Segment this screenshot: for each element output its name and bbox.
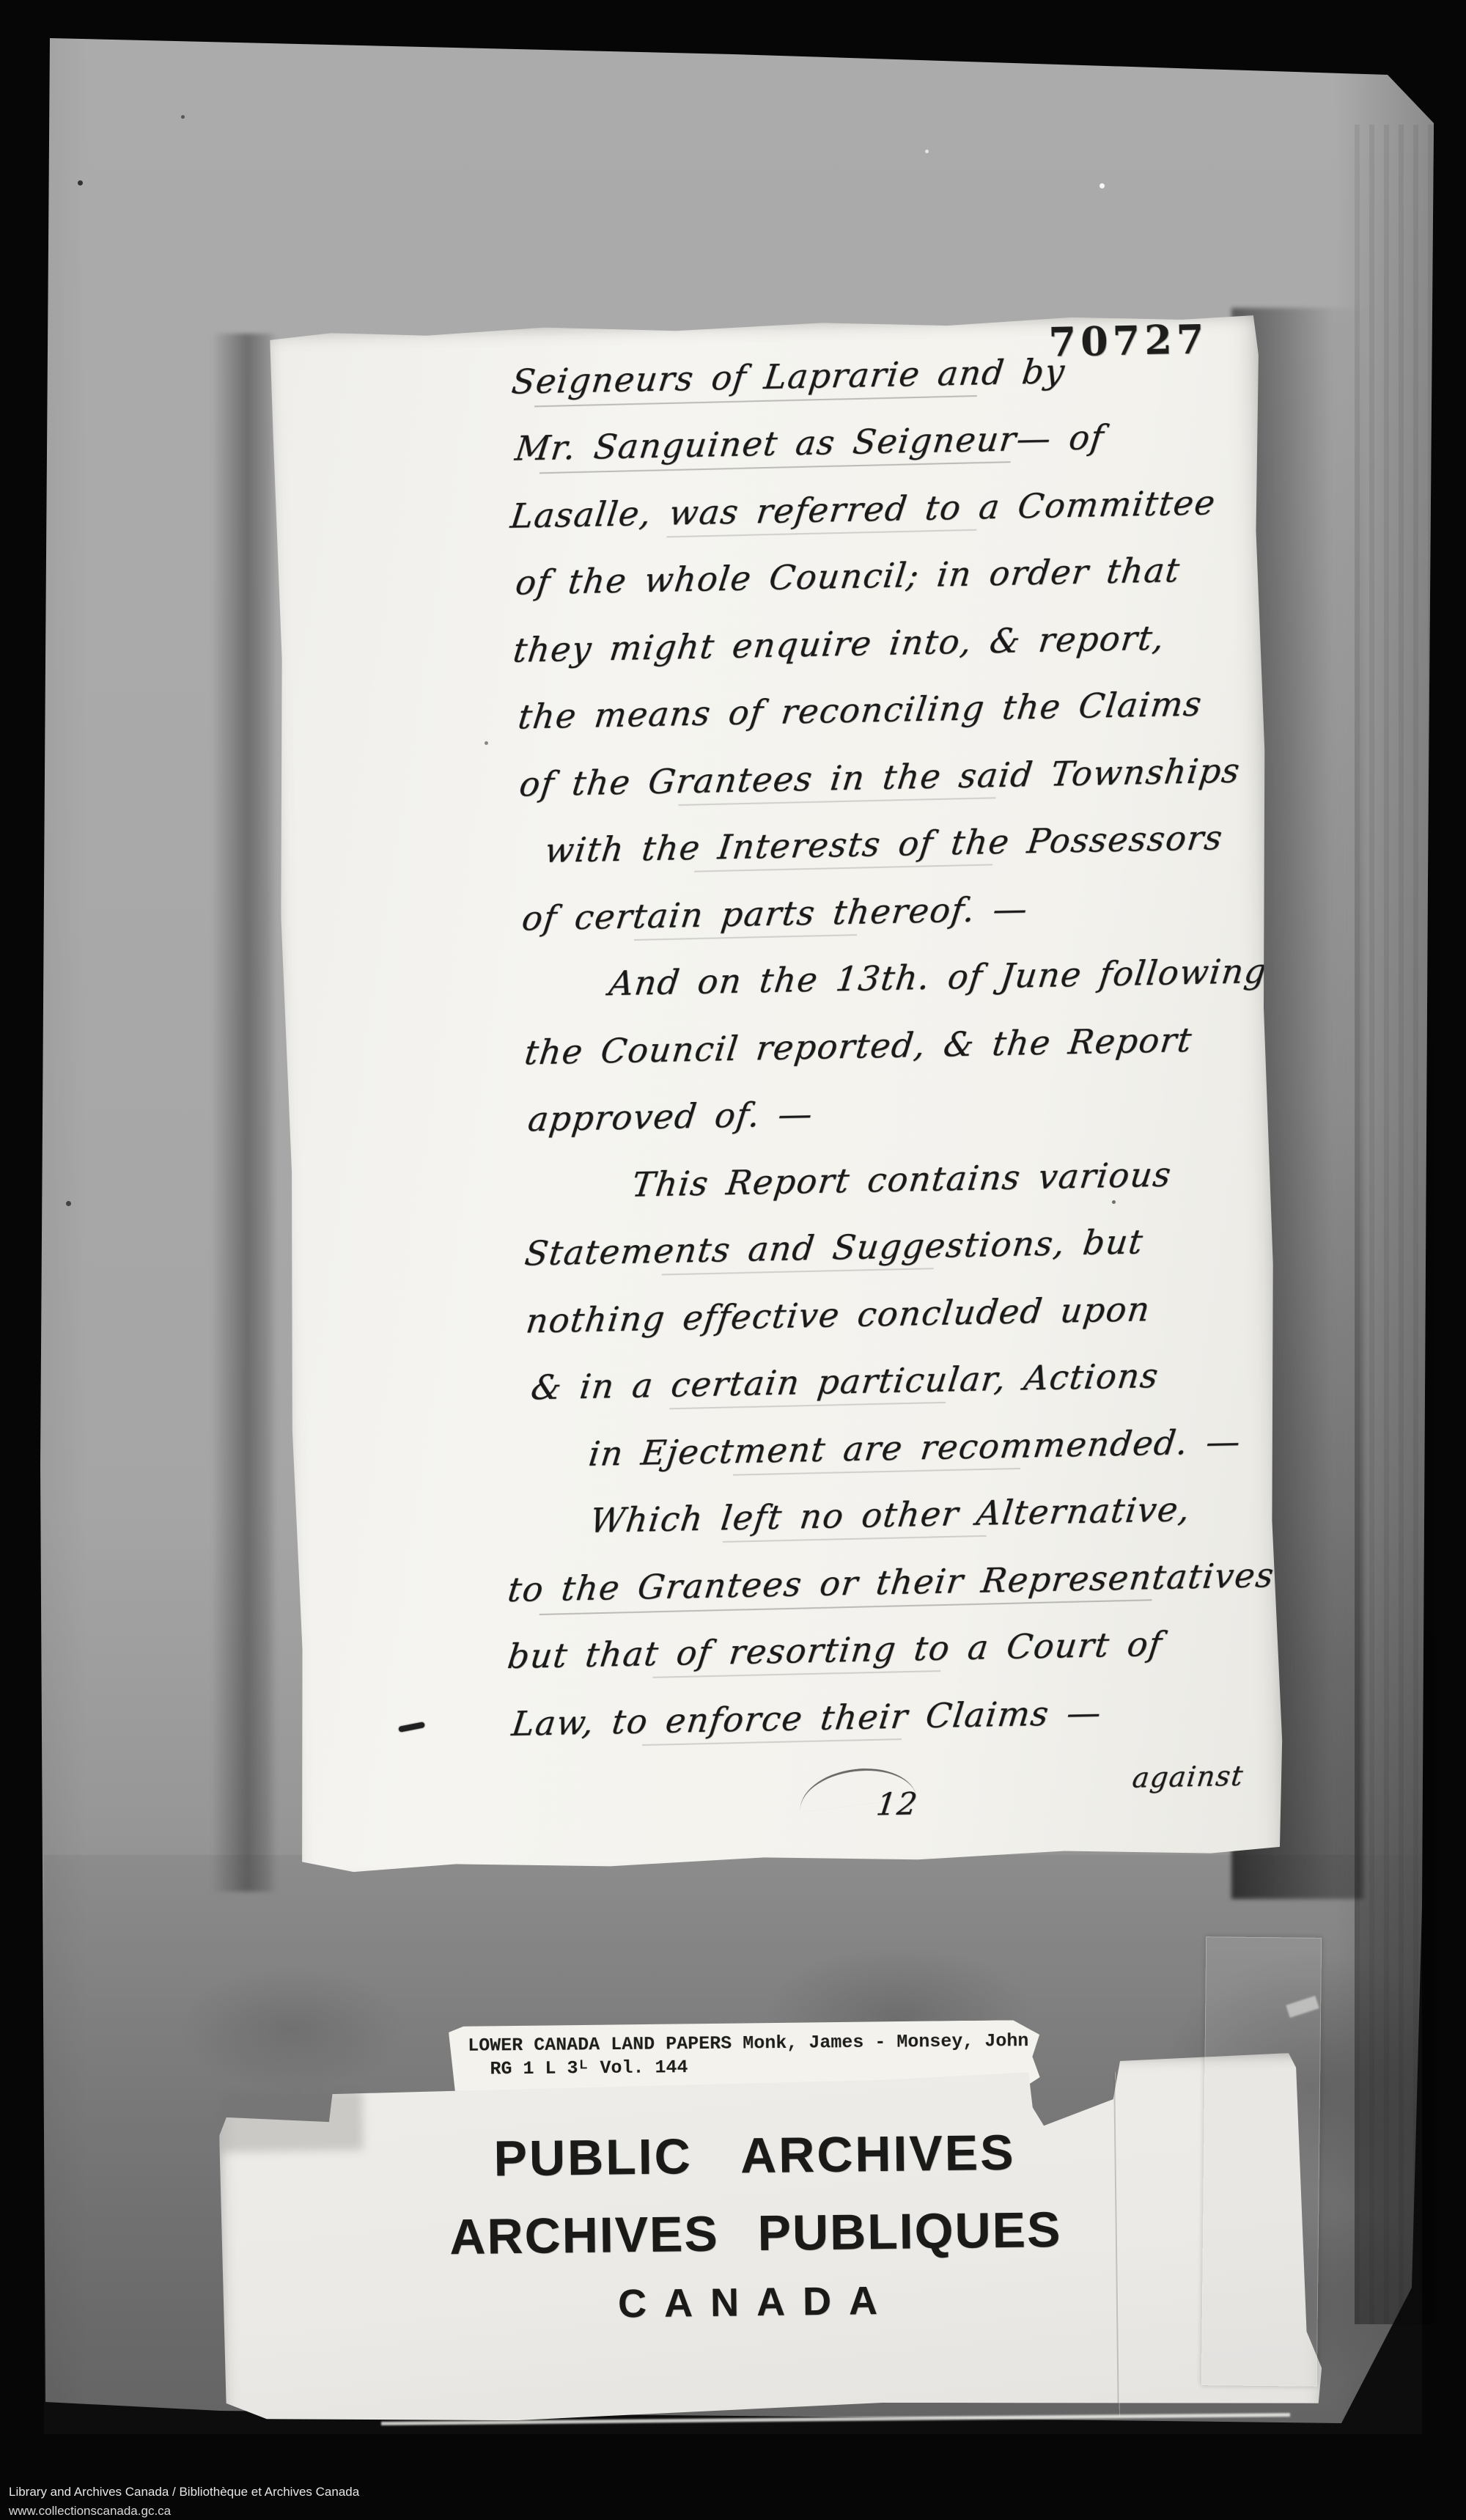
footer-credit-block: Library and Archives Canada / Bibliothèq… xyxy=(9,2483,359,2520)
footer-url: www.collectionscanada.gc.ca xyxy=(9,2502,359,2520)
label-series-title: LOWER CANADA LAND PAPERS Monk, James - M… xyxy=(468,2030,1028,2057)
label-reference-code: RG 1 L 3ᴸ Vol. 144 xyxy=(490,2057,688,2080)
handwriting-line: of the whole Council; in order that xyxy=(515,548,1180,603)
handwriting-line: Statements and Suggestions, but xyxy=(525,1220,1144,1274)
handwriting-line: of the Grantees in the said Townships xyxy=(519,749,1240,806)
handwriting-line: Lasalle, was referred to a Committee xyxy=(510,481,1216,537)
handwriting-line: And on the 13th. of June following xyxy=(609,949,1268,1004)
handwriting-line: nothing effective concluded upon xyxy=(526,1287,1150,1342)
archives-stamp-line-canada: CANADA xyxy=(221,2273,1322,2332)
handwriting-line: Law, to enforce their Claims — xyxy=(512,1691,1102,1744)
handwriting-line: the Council reported, & the Report xyxy=(524,1018,1193,1073)
paper-corner-shadow xyxy=(219,2090,363,2152)
page-number: 12 xyxy=(876,1782,918,1826)
archives-stamp-paper: PUBLIC ARCHIVES ARCHIVES PUBLIQUES CANAD… xyxy=(218,2053,1322,2433)
handwriting-line: of certain parts thereof. — xyxy=(522,887,1028,939)
footer-credit: Library and Archives Canada / Bibliothèq… xyxy=(9,2483,359,2502)
dust-specks xyxy=(0,0,2,2)
handwriting-line: with the Interests of the Possessors xyxy=(545,816,1223,872)
handwriting-line: Which left no other Alternative, xyxy=(590,1488,1191,1542)
handwriting-line: & in a certain particular, Actions xyxy=(531,1354,1159,1408)
handwriting-line: they might enquire into, & report, xyxy=(513,617,1165,672)
catchword: against xyxy=(1132,1755,1245,1799)
handwriting-line: to the Grantees or their Representatives xyxy=(507,1554,1274,1611)
handwriting-line: This Report contains various xyxy=(632,1153,1172,1205)
handwriting-line: approved of. — xyxy=(528,1092,814,1140)
handwriting-line: Mr. Sanguinet as Seigneur— of xyxy=(515,416,1105,469)
page-left-shadow xyxy=(211,334,277,1892)
manuscript-page: 70727 Seigneurs of Laprarie and by Mr. S… xyxy=(265,311,1292,1892)
handwriting-line: in Ejectment are recommended. — xyxy=(589,1420,1242,1475)
margin-ink-blot xyxy=(398,1722,425,1733)
handwriting-line: Seigneurs of Laprarie and by xyxy=(512,350,1066,403)
handwriting-line: the means of reconciling the Claims xyxy=(518,683,1203,738)
archives-stamp-line-fr: ARCHIVES PUBLIQUES xyxy=(220,2198,1320,2269)
handwriting-line: but that of resorting to a Court of xyxy=(507,1623,1163,1678)
stamp-number: 70727 xyxy=(1048,317,1209,363)
archives-stamp-line-en: PUBLIC ARCHIVES xyxy=(219,2120,1319,2191)
